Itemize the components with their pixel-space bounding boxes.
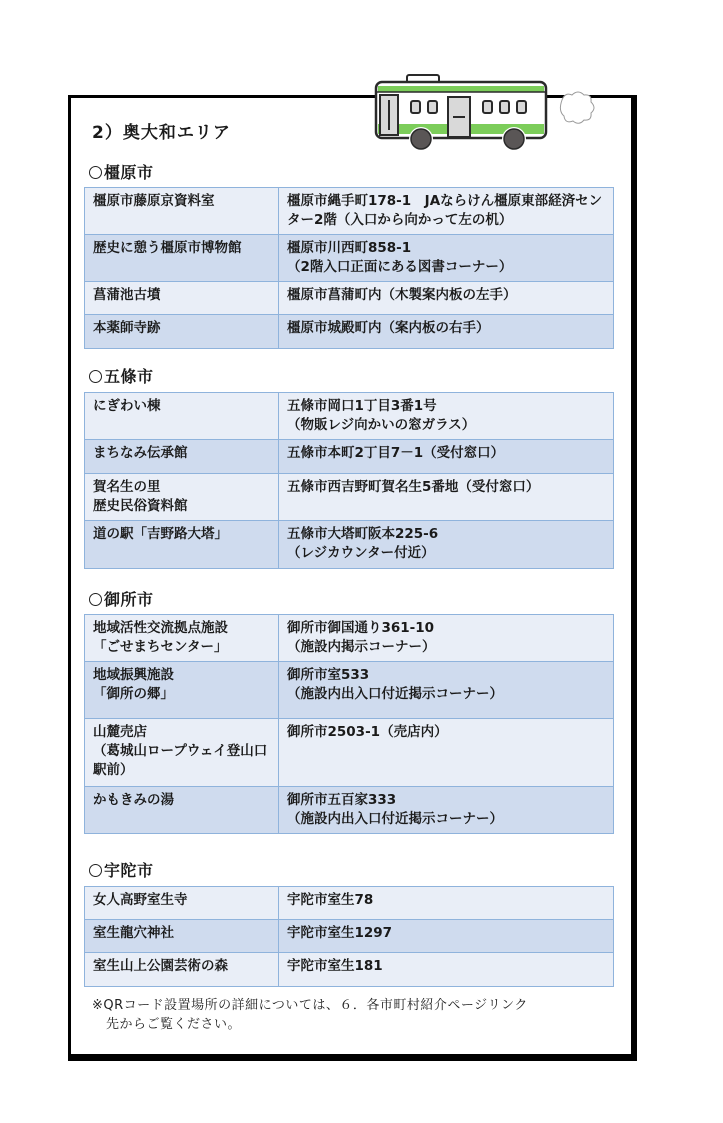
location-address: 五條市本町2丁目7－1（受付窓口） (279, 440, 614, 474)
city-heading-gojo: 五條市 (89, 364, 154, 387)
location-name: 本薬師寺跡 (85, 315, 279, 349)
table-row: 山麓売店 （葛城山ロープウェイ登山口駅前）御所市2503-1（売店内） (85, 719, 614, 787)
location-address: 橿原市縄手町178-1 JAならけん橿原東部経済センター2階（入口から向かって左… (279, 188, 614, 235)
location-address: 御所市2503-1（売店内） (279, 719, 614, 787)
table-row: 歴史に憩う橿原市博物館橿原市川西町858-1 （2階入口正面にある図書コーナー） (85, 235, 614, 282)
location-address: 橿原市城殿町内（案内板の右手） (279, 315, 614, 349)
circle-bullet-icon (89, 166, 102, 179)
table-row: にぎわい棟五條市岡口1丁目3番1号 （物販レジ向かいの窓ガラス） (85, 393, 614, 440)
location-address: 橿原市川西町858-1 （2階入口正面にある図書コーナー） (279, 235, 614, 282)
location-address: 橿原市菖蒲町内（木製案内板の左手） (279, 282, 614, 315)
city-title-text: 宇陀市 (104, 861, 154, 880)
location-table-gojo: にぎわい棟五條市岡口1丁目3番1号 （物販レジ向かいの窓ガラス） まちなみ伝承館… (84, 392, 614, 569)
table-row: 室生山上公園芸術の森宇陀市室生181 (85, 953, 614, 987)
circle-bullet-icon (89, 864, 102, 877)
location-name: 地域振興施設 「御所の郷」 (85, 662, 279, 719)
location-name: 室生龍穴神社 (85, 920, 279, 953)
footnote-line-2: 先からご覧ください。 (92, 1015, 622, 1034)
location-name: にぎわい棟 (85, 393, 279, 440)
location-table-kashihara: 橿原市藤原京資料室橿原市縄手町178-1 JAならけん橿原東部経済センター2階（… (84, 187, 614, 349)
table-row: 賀名生の里 歴史民俗資料館五條市西吉野町賀名生5番地（受付窓口） (85, 474, 614, 521)
location-name: 橿原市藤原京資料室 (85, 188, 279, 235)
bus-illustration-icon (366, 70, 596, 152)
location-name: 菖蒲池古墳 (85, 282, 279, 315)
location-address: 宇陀市室生1297 (279, 920, 614, 953)
table-row: かもきみの湯御所市五百家333 （施設内出入口付近掲示コーナー） (85, 787, 614, 834)
location-name: 山麓売店 （葛城山ロープウェイ登山口駅前） (85, 719, 279, 787)
location-address: 御所市室533 （施設内出入口付近掲示コーナー） (279, 662, 614, 719)
location-address: 宇陀市室生78 (279, 887, 614, 920)
circle-bullet-icon (89, 593, 102, 606)
table-row: 道の駅「吉野路大塔」五條市大塔町阪本225-6 （レジカウンター付近） (85, 521, 614, 569)
location-address: 御所市御国通り361-10 （施設内掲示コーナー） (279, 615, 614, 662)
location-name: 賀名生の里 歴史民俗資料館 (85, 474, 279, 521)
location-name: まちなみ伝承館 (85, 440, 279, 474)
section-heading: 2）奥大和エリア (92, 118, 231, 143)
city-title-text: 御所市 (104, 590, 154, 609)
city-heading-uda: 宇陀市 (89, 858, 154, 881)
location-address: 宇陀市室生181 (279, 953, 614, 987)
location-address: 五條市岡口1丁目3番1号 （物販レジ向かいの窓ガラス） (279, 393, 614, 440)
location-address: 御所市五百家333 （施設内出入口付近掲示コーナー） (279, 787, 614, 834)
circle-bullet-icon (89, 370, 102, 383)
footnote-line-1: ※QRコード設置場所の詳細については、６．各市町村紹介ページリンク (92, 998, 528, 1013)
location-name: 女人高野室生寺 (85, 887, 279, 920)
location-address: 五條市大塔町阪本225-6 （レジカウンター付近） (279, 521, 614, 569)
table-row: 菖蒲池古墳橿原市菖蒲町内（木製案内板の左手） (85, 282, 614, 315)
table-row: 室生龍穴神社宇陀市室生1297 (85, 920, 614, 953)
location-table-gose: 地域活性交流拠点施設 「ごせまちセンター」御所市御国通り361-10 （施設内掲… (84, 614, 614, 834)
city-heading-gose: 御所市 (89, 587, 154, 610)
footnote: ※QRコード設置場所の詳細については、６．各市町村紹介ページリンク 先からご覧く… (92, 996, 622, 1034)
location-name: 地域活性交流拠点施設 「ごせまちセンター」 (85, 615, 279, 662)
location-name: 道の駅「吉野路大塔」 (85, 521, 279, 569)
city-title-text: 橿原市 (104, 163, 154, 182)
table-row: 橿原市藤原京資料室橿原市縄手町178-1 JAならけん橿原東部経済センター2階（… (85, 188, 614, 235)
location-table-uda: 女人高野室生寺宇陀市室生78 室生龍穴神社宇陀市室生1297 室生山上公園芸術の… (84, 886, 614, 987)
city-title-text: 五條市 (104, 367, 154, 386)
location-address: 五條市西吉野町賀名生5番地（受付窓口） (279, 474, 614, 521)
table-row: 本薬師寺跡橿原市城殿町内（案内板の右手） (85, 315, 614, 349)
table-row: まちなみ伝承館五條市本町2丁目7－1（受付窓口） (85, 440, 614, 474)
city-heading-kashihara: 橿原市 (89, 160, 154, 183)
table-row: 女人高野室生寺宇陀市室生78 (85, 887, 614, 920)
location-name: かもきみの湯 (85, 787, 279, 834)
location-name: 室生山上公園芸術の森 (85, 953, 279, 987)
location-name: 歴史に憩う橿原市博物館 (85, 235, 279, 282)
table-row: 地域活性交流拠点施設 「ごせまちセンター」御所市御国通り361-10 （施設内掲… (85, 615, 614, 662)
table-row: 地域振興施設 「御所の郷」御所市室533 （施設内出入口付近掲示コーナー） (85, 662, 614, 719)
